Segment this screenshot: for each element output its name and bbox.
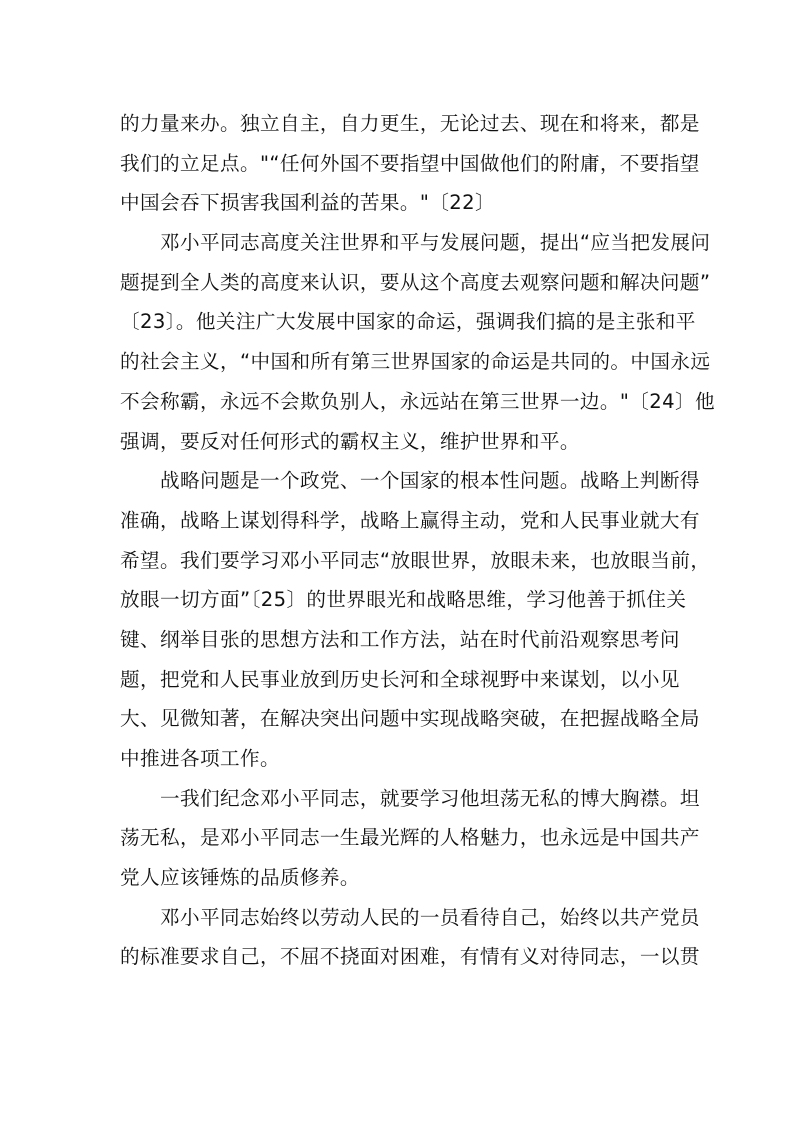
paragraph-start-line: 邓小平同志高度关注世界和平与发展问题，提出“应当把发展问 bbox=[120, 223, 670, 263]
text-line: 〔23〕。他关注广大发展中国家的命运，强调我们搞的是主张和平 bbox=[120, 302, 670, 342]
text-line: 不会称霸，永远不会欺负别人，永远站在第三世界一边。"〔24〕他 bbox=[120, 382, 670, 422]
text-line: 题提到全人类的高度来认识，要从这个高度去观察问题和解决问题” bbox=[120, 263, 670, 303]
text-line: 希望。我们要学习邓小平同志“放眼世界，放眼未来，也放眼当前， bbox=[120, 541, 670, 581]
text-line: 键、纲举目张的思想方法和工作方法，站在时代前沿观察思考问 bbox=[120, 620, 670, 660]
text-line: 的标准要求自己，不屈不挠面对困难，有情有义对待同志，一以贯 bbox=[120, 937, 670, 977]
paragraph-start-line: 邓小平同志始终以劳动人民的一员看待自己，始终以共产党员 bbox=[120, 898, 670, 938]
text-line: 的社会主义，“中国和所有第三世界国家的命运是共同的。中国永远 bbox=[120, 342, 670, 382]
paragraph-start-line: 一我们纪念邓小平同志，就要学习他坦荡无私的博大胸襟。坦 bbox=[120, 779, 670, 819]
text-line: 强调，要反对任何形式的霸权主义，维护世界和平。 bbox=[120, 422, 670, 462]
text-line: 中推进各项工作。 bbox=[120, 739, 670, 779]
text-line: 中国会吞下损害我国利益的苦果。"〔22〕 bbox=[120, 183, 670, 223]
text-line: 准确，战略上谋划得科学，战略上赢得主动，党和人民事业就大有 bbox=[120, 501, 670, 541]
text-line: 题，把党和人民事业放到历史长河和全球视野中来谋划，以小见 bbox=[120, 660, 670, 700]
text-line: 我们的立足点。"“任何外国不要指望中国做他们的附庸，不要指望 bbox=[120, 144, 670, 184]
text-line: 党人应该锤炼的品质修养。 bbox=[120, 858, 670, 898]
text-line: 荡无私，是邓小平同志一生最光辉的人格魅力，也永远是中国共产 bbox=[120, 818, 670, 858]
document-page: 的力量来办。独立自主，自力更生，无论过去、现在和将来，都是 我们的立足点。"“任… bbox=[120, 104, 670, 977]
text-line: 放眼一切方面”〔25〕的世界眼光和战略思维，学习他善于抓住关 bbox=[120, 580, 670, 620]
text-line: 大、见微知著，在解决突出问题中实现战略突破，在把握战略全局 bbox=[120, 699, 670, 739]
text-line: 的力量来办。独立自主，自力更生，无论过去、现在和将来，都是 bbox=[120, 104, 670, 144]
paragraph-start-line: 战略问题是一个政党、一个国家的根本性问题。战略上判断得 bbox=[120, 461, 670, 501]
